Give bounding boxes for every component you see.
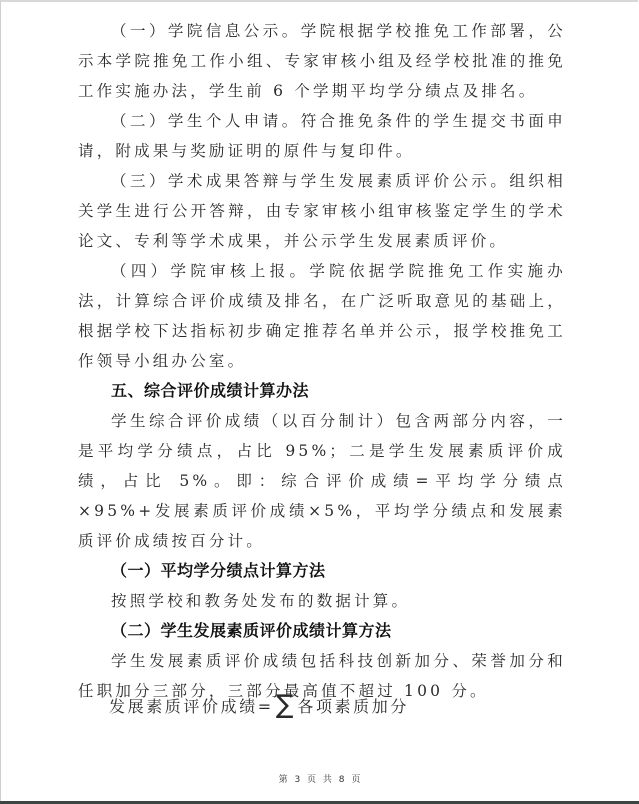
formula: 发展素质评价成绩= ∑ 各项素质加分 (109, 692, 409, 718)
paragraph-academic-defense: （三）学术成果答辩与学生发展素质评价公示。组织相关学生进行公开答辩，由专家审核小… (78, 166, 566, 256)
subheading-gpa-method: （一）平均学分绩点计算方法 (78, 556, 566, 586)
document-page: （一）学院信息公示。学院根据学校推免工作部署，公示本学院推免工作小组、专家审核小… (0, 0, 638, 801)
page-content: （一）学院信息公示。学院根据学校推免工作部署，公示本学院推免工作小组、专家审核小… (78, 16, 566, 706)
paragraph-college-review: （四）学院审核上报。学院依据学院推免工作实施办法，计算综合评价成绩及排名，在广泛… (78, 256, 566, 376)
sigma-symbol: ∑ (276, 692, 294, 718)
formula-right: 各项素质加分 (297, 694, 409, 717)
paragraph-gpa-method: 按照学校和教务处发布的数据计算。 (78, 586, 566, 616)
subheading-quality-method: （二）学生发展素质评价成绩计算方法 (78, 616, 566, 646)
paragraph-college-info-publicity: （一）学院信息公示。学院根据学校推免工作部署，公示本学院推免工作小组、专家审核小… (78, 16, 566, 106)
paragraph-score-composition: 学生综合评价成绩（以百分制计）包含两部分内容，一是平均学分绩点，占比 95%；二… (78, 406, 566, 556)
paragraph-student-application: （二）学生个人申请。符合推免条件的学生提交书面申请，附成果与奖励证明的原件与复印… (78, 106, 566, 166)
page-number-footer: 第 3 页 共 8 页 (1, 772, 639, 785)
section-heading-5: 五、综合评价成绩计算办法 (78, 376, 566, 406)
formula-left: 发展素质评价成绩= (109, 694, 274, 717)
